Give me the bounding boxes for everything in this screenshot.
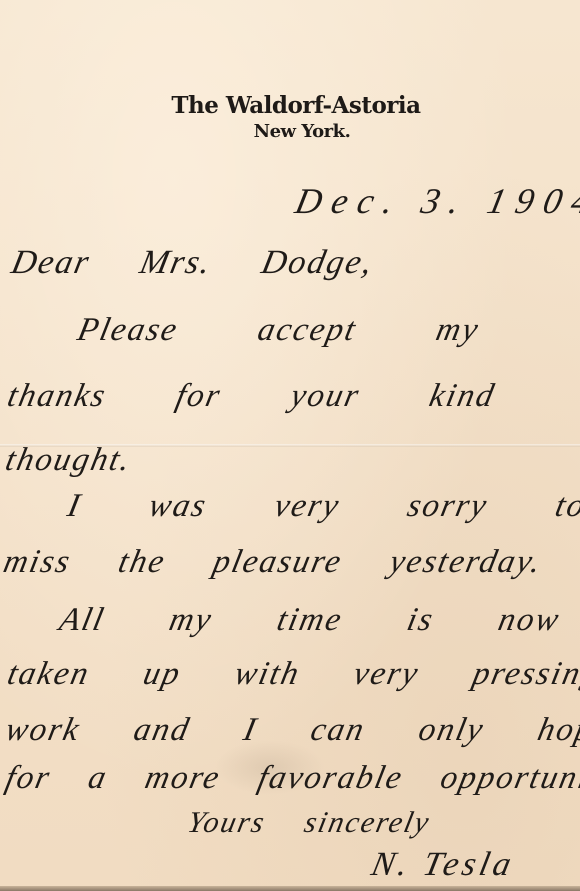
body-line: thanks for your kind <box>4 378 499 415</box>
letter-signature: N. Tesla <box>368 846 518 884</box>
body-line: miss the pleasure yesterday. <box>0 544 546 581</box>
letterhead-city: New York. <box>12 121 580 142</box>
body-line: Please accept my <box>74 312 483 349</box>
letter-date: Dec. 3. 1904. <box>292 180 580 222</box>
letter-salutation: Dear Mrs. Dodge, <box>8 244 377 282</box>
letter-closing: Yours sincerely <box>184 806 433 840</box>
body-line: thought. <box>2 442 135 479</box>
paper-bottom-edge <box>0 886 580 891</box>
body-line: All my time is now <box>56 602 564 639</box>
body-line: taken up with very pressing <box>4 656 580 693</box>
letterhead-hotel-name: The Waldorf-Astoria <box>6 92 580 119</box>
body-line: for a more favorable opportunity <box>2 760 580 797</box>
body-line: I was very sorry to <box>64 488 580 525</box>
letter-paper: The Waldorf-Astoria New York. Dec. 3. 19… <box>0 0 580 891</box>
body-line: work and I can only hope <box>2 712 580 749</box>
